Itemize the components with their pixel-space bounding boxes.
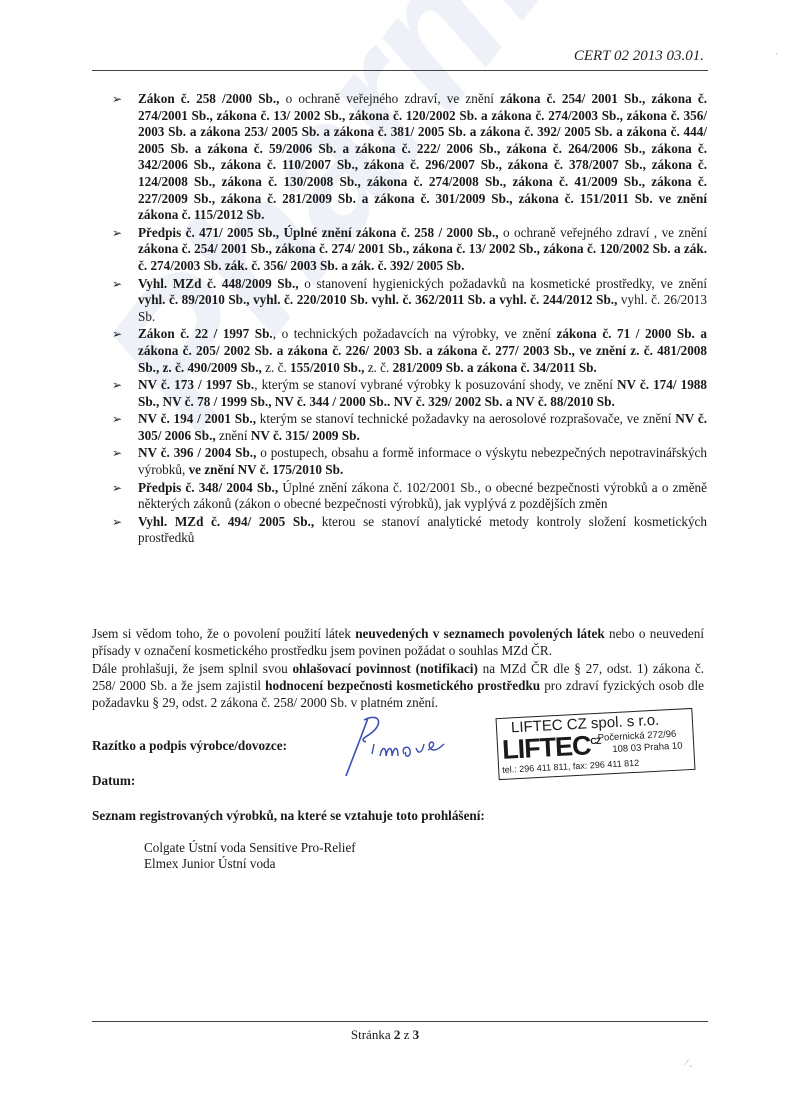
product-item: Elmex Junior Ústní voda	[144, 856, 356, 872]
bold-text: vyhl. č. 89/2010 Sb., vyhl. č. 220/2010 …	[138, 292, 617, 307]
page-number: Stránka 2 z 3	[0, 1027, 800, 1043]
legal-reference-item: NV č. 173 / 1997 Sb., kterým se stanoví …	[112, 377, 707, 410]
bold-text: Zákon č. 258 /2000 Sb.,	[138, 91, 279, 106]
stamp-signature-label: Razítko a podpis výrobce/dovozce:	[92, 738, 287, 754]
document-code: CERT 02 2013 03.01.	[574, 48, 704, 65]
page-label: Stránka	[351, 1027, 394, 1042]
legal-reference-item: Vyhl. MZd č. 448/2009 Sb., o stanovení h…	[112, 276, 707, 326]
products-list: Colgate Ústní voda Sensitive Pro-Relief …	[144, 840, 356, 872]
declaration-paragraph-1: Jsem si vědom toho, že o povolení použit…	[92, 625, 704, 659]
page-total: 3	[413, 1027, 420, 1042]
handwritten-signature	[340, 710, 470, 780]
bold-text: Zákon č. 22 / 1997 Sb.	[138, 326, 273, 341]
text: Jsem si vědom toho, že o povolení použit…	[92, 626, 355, 641]
legal-reference-item: Předpis č. 471/ 2005 Sb., Úplné znění zá…	[112, 225, 707, 275]
date-label: Datum:	[92, 773, 135, 789]
legal-reference-item: NV č. 194 / 2001 Sb., kterým se stanoví …	[112, 411, 707, 444]
text: z. č.	[262, 360, 290, 375]
company-stamp: LIFTEC CZ spol. s r.o. LIFTECCZ Počernic…	[496, 708, 696, 780]
bold-text: Vyhl. MZd č. 494/ 2005 Sb.,	[138, 514, 314, 529]
text: o ochraně veřejného zdraví , ve znění	[499, 225, 707, 240]
footer-divider	[92, 1021, 708, 1022]
text: , kterým se stanoví vybrané výrobky k po…	[254, 377, 617, 392]
text: , o technických požadavcích na výrobky, …	[273, 326, 557, 341]
bold-text: 281/2009 Sb. a zákona č. 34/2011 Sb.	[393, 360, 597, 375]
text: z. č.	[364, 360, 392, 375]
text: o ochraně veřejného zdraví, ve znění	[279, 91, 500, 106]
products-list-title: Seznam registrovaných výrobků, na které …	[92, 808, 485, 824]
text: o stanovení hygienických požadavků na ko…	[299, 276, 707, 291]
bold-text: NV č. 194 / 2001 Sb.,	[138, 411, 256, 426]
stamp-logo-text: LIFTEC	[501, 730, 591, 765]
scan-artifact: ⁄ ˷	[686, 1058, 692, 1067]
legal-reference-item: NV č. 396 / 2004 Sb., o postupech, obsah…	[112, 445, 707, 478]
bold-text: zákona č. 254/ 2001 Sb., zákona č. 274/2…	[138, 91, 707, 222]
bold-text: neuvedených v seznamech povolených látek	[355, 626, 604, 641]
legal-reference-item: Zákon č. 258 /2000 Sb., o ochraně veřejn…	[112, 91, 707, 224]
bold-text: 155/2010 Sb.,	[290, 360, 364, 375]
bold-text: Předpis č. 471/ 2005 Sb., Úplné znění zá…	[138, 225, 499, 240]
legal-reference-item: Předpis č. 348/ 2004 Sb., Úplné znění zá…	[112, 480, 707, 513]
bold-text: zákona č. 254/ 2001 Sb., zákona č. 274/ …	[138, 241, 707, 273]
bold-text: NV č. 315/ 2009 Sb.	[251, 428, 360, 443]
page-sep: z	[400, 1027, 412, 1042]
bold-text: Předpis č. 348/ 2004 Sb.,	[138, 480, 278, 495]
scan-artifact: ·	[775, 50, 778, 59]
text: znění	[216, 428, 251, 443]
header-divider	[92, 70, 708, 71]
bold-text: ohlašovací povinnost (notifikaci)	[292, 661, 477, 676]
stamp-city: 108 03 Praha 10	[612, 740, 683, 755]
legal-reference-item: Zákon č. 22 / 1997 Sb., o technických po…	[112, 326, 707, 376]
bold-text: hodnocení bezpečnosti kosmetického prost…	[265, 678, 540, 693]
declaration-paragraph-2: Dále prohlašuji, že jsem splnil svou ohl…	[92, 660, 704, 711]
legal-references-list: Zákon č. 258 /2000 Sb., o ochraně veřejn…	[112, 91, 707, 548]
text: kterým se stanoví technické požadavky na…	[256, 411, 675, 426]
bold-text: NV č. 173 / 1997 Sb.	[138, 377, 254, 392]
bold-text: ve znění NV č. 175/2010 Sb.	[189, 462, 344, 477]
bold-text: NV č. 396 / 2004 Sb.,	[138, 445, 256, 460]
product-item: Colgate Ústní voda Sensitive Pro-Relief	[144, 840, 356, 856]
text: Dále prohlašuji, že jsem splnil svou	[92, 661, 292, 676]
bold-text: Vyhl. MZd č. 448/2009 Sb.,	[138, 276, 299, 291]
legal-reference-item: Vyhl. MZd č. 494/ 2005 Sb., kterou se st…	[112, 514, 707, 547]
